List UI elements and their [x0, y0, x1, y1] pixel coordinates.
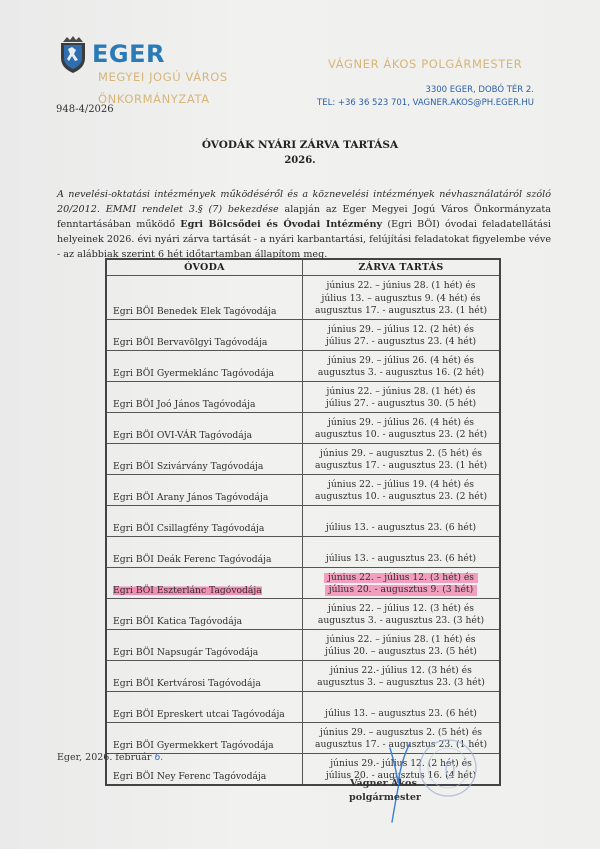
kindergarten-name: Egri BÖI Kertvárosi Tagóvodája	[113, 678, 261, 689]
kindergarten-name: Egri BÖI Csillagfény Tagóvodája	[113, 523, 264, 534]
kindergarten-name: Egri BÖI Bervavölgyi Tagóvodája	[113, 337, 267, 348]
closure-period: augusztus 3. – augusztus 23. (3 hét)	[317, 677, 485, 690]
table-row: Egri BÖI Eszterlánc Tagóvodájajúnius 22.…	[106, 567, 500, 598]
table-row: Egri BÖI Gyermeklánc Tagóvodájajúnius 29…	[106, 350, 500, 381]
closure-period: július 13. - augusztus 23. (6 hét)	[326, 522, 476, 535]
closure-period: június 29. – augusztus 2. (5 hét) és	[320, 448, 482, 461]
closure-period: június 29. – július 26. (4 hét) és	[328, 355, 474, 368]
closure-period: augusztus 17. - augusztus 23. (1 hét)	[315, 460, 487, 473]
closure-period: június 22.- július 12. (3 hét) és	[330, 665, 472, 678]
kindergarten-name-cell: Egri BÖI Csillagfény Tagóvodája	[106, 505, 303, 536]
table-row: Egri BÖI Katica Tagóvodájajúnius 22. – j…	[106, 598, 500, 629]
closure-period: június 29. – július 26. (4 hét) és	[328, 417, 474, 430]
kindergarten-name-cell: Egri BÖI Katica Tagóvodája	[106, 598, 303, 629]
table-row: Egri BÖI Bervavölgyi Tagóvodájajúnius 29…	[106, 319, 500, 350]
kindergarten-name: Egri BÖI Gyermekkert Tagóvodája	[113, 740, 274, 751]
kindergarten-name: Egri BÖI Joó János Tagóvodája	[113, 399, 255, 410]
closure-period: augusztus 10. - augusztus 23. (2 hét)	[315, 429, 487, 442]
kindergarten-name: Egri BÖI Szivárvány Tagóvodája	[113, 461, 263, 472]
closure-period: július 27. - augusztus 23. (4 hét)	[326, 336, 476, 349]
table-row: Egri BÖI OVI-VÁR Tagóvodájajúnius 29. – …	[106, 412, 500, 443]
table-row: Egri BÖI Arany János Tagóvodájajúnius 22…	[106, 474, 500, 505]
handwritten-day: 6.	[155, 752, 164, 763]
kindergarten-name-cell: Egri BÖI Szivárvány Tagóvodája	[106, 443, 303, 474]
kindergarten-name: Egri BÖI Gyermeklánc Tagóvodája	[113, 368, 274, 379]
document-year: 2026.	[0, 155, 600, 166]
kindergarten-name-cell: Egri BÖI Kertvárosi Tagóvodája	[106, 660, 303, 691]
signatory-role: polgármester	[349, 792, 421, 803]
closure-period: július 27. - augusztus 30. (5 hét)	[326, 398, 476, 411]
kindergarten-name-cell: Egri BÖI Deák Ferenc Tagóvodája	[106, 536, 303, 567]
kindergarten-name-cell: Egri BÖI Napsugár Tagóvodája	[106, 629, 303, 660]
table-row: Egri BÖI Kertvárosi Tagóvodájajúnius 22.…	[106, 660, 500, 691]
kindergarten-name: Egri BÖI Ney Ferenc Tagóvodája	[113, 771, 266, 782]
closure-period: augusztus 17. - augusztus 23. (1 hét)	[315, 305, 487, 318]
kindergarten-name: Egri BÖI Deák Ferenc Tagóvodája	[113, 554, 271, 565]
closure-period: június 22. – július 12. (3 hét) és	[328, 603, 474, 616]
closure-period-cell: július 13. - augusztus 23. (6 hét)	[303, 505, 501, 536]
place-and-date: Eger, 2026. február 6.	[57, 752, 164, 763]
document-title: ÓVODÁK NYÁRI ZÁRVA TARTÁSA	[0, 139, 600, 151]
closure-period-cell: június 29. – augusztus 2. (5 hét) ésaugu…	[303, 443, 501, 474]
org-name-line1: MEGYEI JOGÚ VÁROS	[98, 70, 228, 84]
closure-period-cell: június 29. – július 12. (2 hét) ésjúlius…	[303, 319, 501, 350]
closure-period: július 13. - augusztus 23. (6 hét)	[326, 553, 476, 566]
table-row: Egri BÖI Napsugár Tagóvodájajúnius 22. –…	[106, 629, 500, 660]
address: 3300 EGER, DOBÓ TÉR 2.	[425, 85, 534, 95]
contact-info: TEL: +36 36 523 701, VAGNER.AKOS@PH.EGER…	[317, 98, 534, 108]
closure-period: június 22. – június 28. (1 hét) és	[327, 386, 476, 399]
table-header-row: ÓVODA ZÁRVA TARTÁS	[106, 259, 500, 276]
column-header-closure: ZÁRVA TARTÁS	[303, 259, 501, 276]
city-coat-of-arms-icon	[57, 34, 89, 74]
kindergarten-name: Egri BÖI Eszterlánc Tagóvodája	[113, 585, 262, 596]
kindergarten-name-cell: Egri BÖI Joó János Tagóvodája	[106, 381, 303, 412]
closure-period-cell: június 22. – június 28. (1 hét) ésjúlius…	[303, 381, 501, 412]
table-row: Egri BÖI Szivárvány Tagóvodájajúnius 29.…	[106, 443, 500, 474]
closure-period: augusztus 3. - augusztus 23. (3 hét)	[318, 615, 484, 628]
table-row: Egri BÖI Benedek Elek Tagóvodájajúnius 2…	[106, 276, 500, 320]
closure-period: június 22. – június 28. (1 hét) és	[327, 634, 476, 647]
closure-schedule-table: ÓVODA ZÁRVA TARTÁS Egri BÖI Benedek Elek…	[105, 258, 501, 786]
kindergarten-name: Egri BÖI Benedek Elek Tagóvodája	[113, 306, 276, 317]
kindergarten-name-cell: Egri BÖI Gyermekkert Tagóvodája	[106, 722, 303, 753]
closure-period: július 20. - augusztus 9. (3 hét)	[325, 584, 477, 597]
intro-institution-name: Egri Bölcsődei és Óvodai Intézmény	[180, 219, 382, 230]
kindergarten-name: Egri BÖI Arany János Tagóvodája	[113, 492, 268, 503]
kindergarten-name-cell: Egri BÖI Benedek Elek Tagóvodája	[106, 276, 303, 320]
closure-period: augusztus 3. - augusztus 16. (2 hét)	[318, 367, 484, 380]
document-page: EGER MEGYEI JOGÚ VÁROS ÖNKORMÁNYZATA 948…	[0, 0, 600, 849]
closure-period-cell: június 29. – július 26. (4 hét) ésaugusz…	[303, 412, 501, 443]
closure-period-cell: június 29. – július 26. (4 hét) ésaugusz…	[303, 350, 501, 381]
mayor-title: VÁGNER ÁKOS POLGÁRMESTER	[328, 57, 522, 71]
intro-paragraph: A nevelési-oktatási intézmények működésé…	[57, 187, 551, 262]
kindergarten-name-cell: Egri BÖI Gyermeklánc Tagóvodája	[106, 350, 303, 381]
table-row: Egri BÖI Deák Ferenc Tagóvodájajúlius 13…	[106, 536, 500, 567]
closure-period-cell: június 22.- július 12. (3 hét) ésauguszt…	[303, 660, 501, 691]
kindergarten-name-cell: Egri BÖI OVI-VÁR Tagóvodája	[106, 412, 303, 443]
table-row: Egri BÖI Joó János Tagóvodájajúnius 22. …	[106, 381, 500, 412]
kindergarten-name-cell: Egri BÖI Eszterlánc Tagóvodája	[106, 567, 303, 598]
table-row: Egri BÖI Csillagfény Tagóvodájajúlius 13…	[106, 505, 500, 536]
closure-period-cell: július 13. – augusztus 23. (6 hét)	[303, 691, 501, 722]
closure-period: június 29. – július 12. (2 hét) és	[328, 324, 474, 337]
table-body: Egri BÖI Benedek Elek Tagóvodájajúnius 2…	[106, 276, 500, 785]
kindergarten-name: Egri BÖI Napsugár Tagóvodája	[113, 647, 258, 658]
closure-period: június 22. – július 12. (3 hét) és	[324, 572, 478, 585]
kindergarten-name: Egri BÖI OVI-VÁR Tagóvodája	[113, 430, 252, 441]
table-row: Egri BÖI Epreskert utcai Tagóvodájajúliu…	[106, 691, 500, 722]
closure-period: július 13. – augusztus 23. (6 hét)	[325, 708, 477, 721]
closure-period-cell: június 22. – június 28. (1 hét) ésjúlius…	[303, 276, 501, 320]
column-header-kindergarten: ÓVODA	[106, 259, 303, 276]
city-name: EGER	[92, 40, 165, 68]
org-name-line2: ÖNKORMÁNYZATA	[98, 92, 210, 106]
closure-period: július 20. – augusztus 23. (5 hét)	[325, 646, 477, 659]
place-date-text: Eger, 2026. február	[57, 752, 155, 763]
closure-period-cell: július 13. - augusztus 23. (6 hét)	[303, 536, 501, 567]
kindergarten-name: Egri BÖI Epreskert utcai Tagóvodája	[113, 709, 285, 720]
closure-period: június 22. – június 28. (1 hét) és	[327, 280, 476, 293]
closure-period-cell: június 22. – július 19. (4 hét) ésaugusz…	[303, 474, 501, 505]
kindergarten-name-cell: Egri BÖI Epreskert utcai Tagóvodája	[106, 691, 303, 722]
closure-period-cell: június 22. – július 12. (3 hét) ésaugusz…	[303, 598, 501, 629]
closure-period-cell: június 22. – június 28. (1 hét) ésjúlius…	[303, 629, 501, 660]
closure-period-cell: június 22. – július 12. (3 hét) ésjúlius…	[303, 567, 501, 598]
closure-period: augusztus 10. - augusztus 23. (2 hét)	[315, 491, 487, 504]
closure-period: július 13. – augusztus 9. (4 hét) és	[322, 293, 481, 306]
kindergarten-name-cell: Egri BÖI Arany János Tagóvodája	[106, 474, 303, 505]
signatory-name: Vágner Ákos	[350, 778, 417, 789]
closure-period: június 22. – július 19. (4 hét) és	[328, 479, 474, 492]
kindergarten-name-cell: Egri BÖI Bervavölgyi Tagóvodája	[106, 319, 303, 350]
kindergarten-name: Egri BÖI Katica Tagóvodája	[113, 616, 242, 627]
reference-number: 948-4/2026	[56, 104, 114, 115]
